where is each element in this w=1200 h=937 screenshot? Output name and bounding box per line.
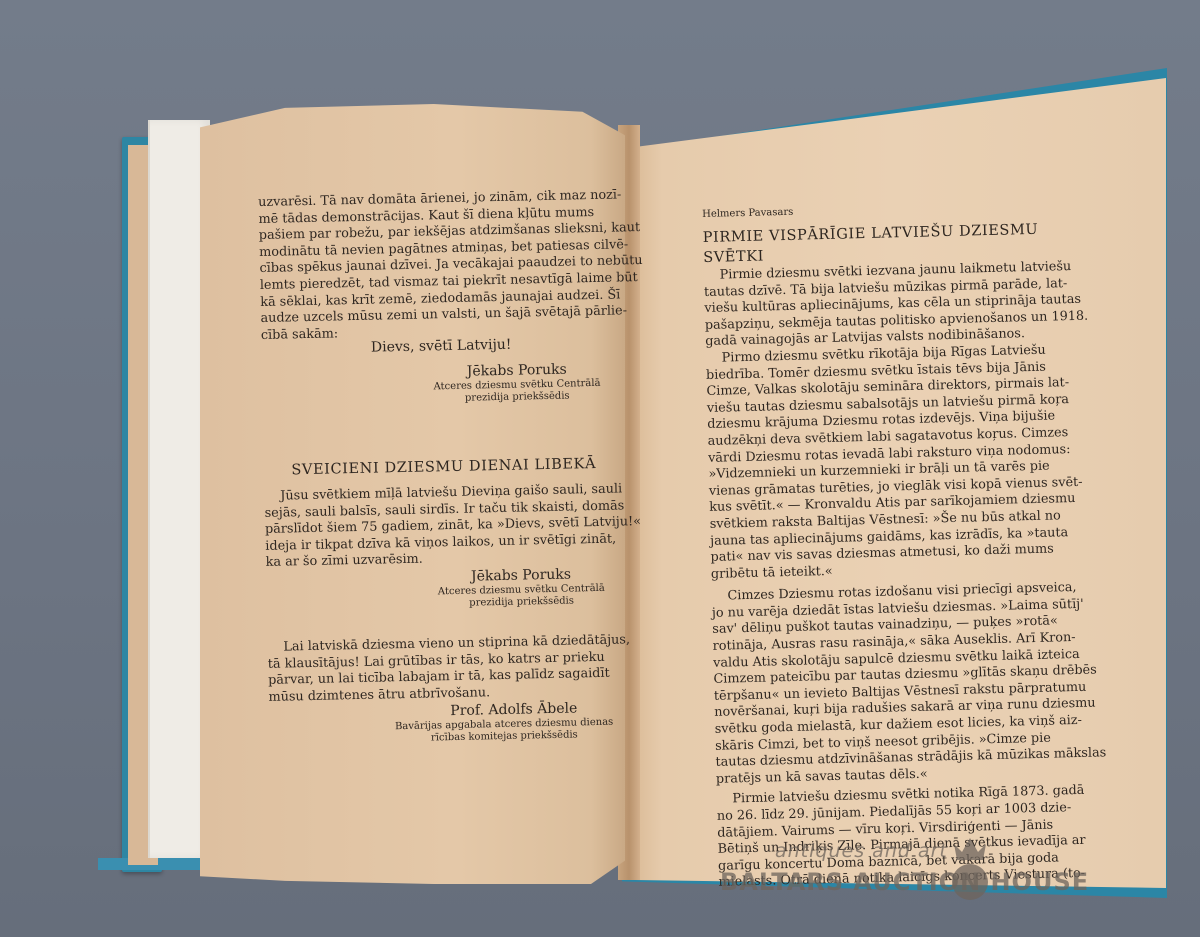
- watermark-tagline: antiques and art: [775, 840, 948, 862]
- watermark-brand: BALTARS AUCTION HOUSE: [720, 868, 1089, 896]
- photo-scene: uzvarēsi. Tā nav domāta ārienei, jo zinā…: [0, 0, 1200, 937]
- signature-block-1: Jēkabs Poruks Atceres dziesmu svētku Cen…: [262, 359, 623, 409]
- signature-block-3: Prof. Adolfs Ābele Bavārijas apgabala at…: [269, 699, 630, 749]
- paragraph-3: Cimzes Dziesmu rotas izdošanu visi priec…: [711, 580, 1096, 788]
- greeting-paragraph-2: Lai latviskā dziesma vieno un stiprina k…: [267, 632, 628, 706]
- greeting-paragraph-1: Jūsu svētkiem mīļā latviešu Dieviņa gaiš…: [264, 481, 626, 571]
- opening-paragraph: uzvarēsi. Tā nav domāta ārienei, jo zinā…: [258, 187, 621, 344]
- auction-house-watermark: antiques and art BALTARS AUCTION HOUSE: [720, 838, 1140, 918]
- signature-block-2: Jēkabs Poruks Atceres dziesmu svētku Cen…: [266, 564, 627, 614]
- paragraph-2: Pirmo dziesmu svētku rīkotāja bija Rīgas…: [705, 342, 1091, 584]
- right-page-text: Helmers Pavasars PIRMIE VISPĀRĪGIE LATVI…: [702, 199, 1099, 892]
- left-page-text: uzvarēsi. Tā nav domāta ārienei, jo zinā…: [258, 187, 630, 748]
- paragraph-1: Pirmie dziesmu svētki iezvana jaunu laik…: [703, 259, 1085, 351]
